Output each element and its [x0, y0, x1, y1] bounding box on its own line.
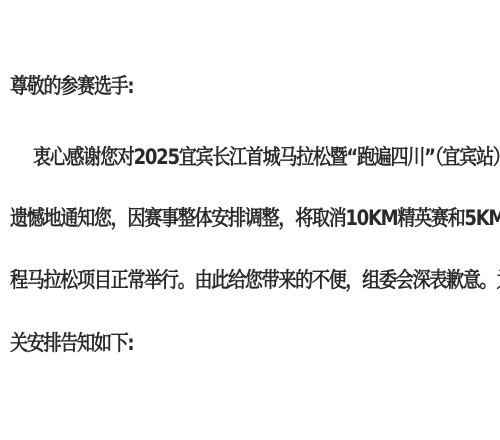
notice-document: 尊敬的参赛选手: 衷心感谢您对2025宜宾长江首城马拉松暨“跑遍四川”（宜宾站）… — [0, 0, 500, 440]
paragraph-line-2: 遗憾地通知您，因赛事整体安排调整，将取消10KM精英赛和5KM欢乐跑两个项目，马… — [10, 205, 500, 231]
paragraph-line-1: 衷心感谢您对2025宜宾长江首城马拉松暨“跑遍四川”（宜宾站）的关注与支持，我们… — [33, 144, 500, 170]
greeting-text: 尊敬的参赛选手: — [10, 73, 133, 99]
paragraph-line-3: 程马拉松项目正常举行。由此给您带来的不便，组委会深表歉意。为妥善做好后续服务，现… — [10, 267, 500, 293]
paragraph-line-4: 关安排告知如下: — [10, 330, 133, 356]
